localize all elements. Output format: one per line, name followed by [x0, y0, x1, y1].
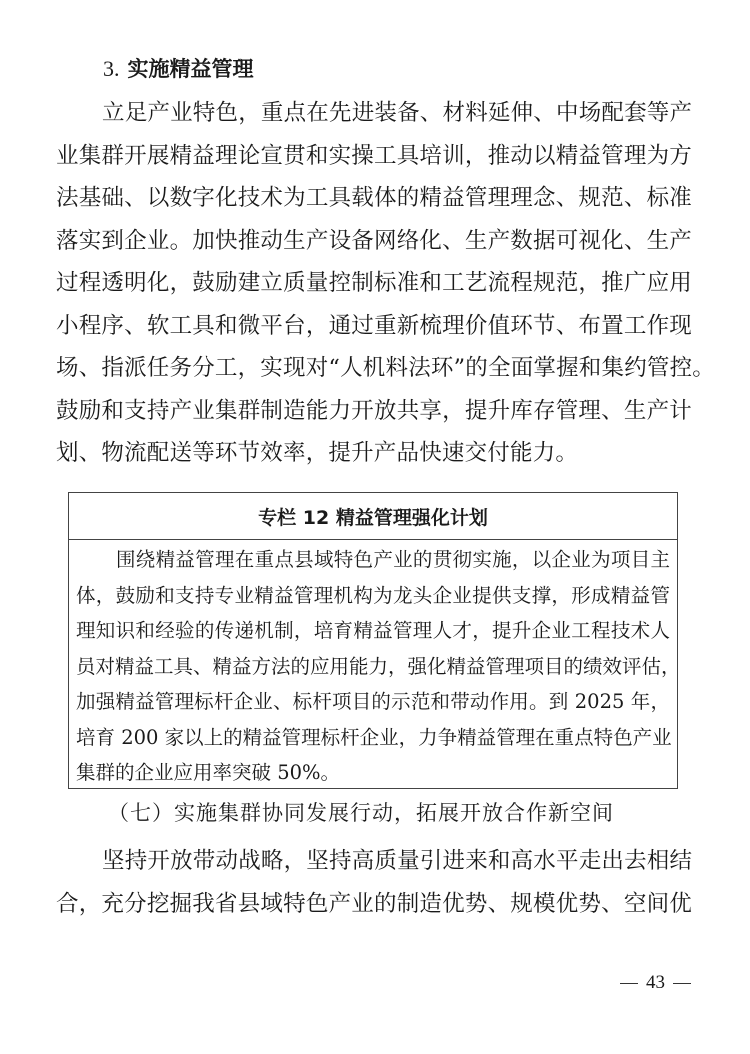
paragraph-line: 立足产业特色，重点在先进装备、材料延伸、中场配套等产 [56, 92, 692, 135]
box-line: 员对精益工具、精益方法的应用能力，强化精益管理项目的绩效评估， [76, 649, 670, 685]
dash-right [673, 983, 691, 984]
paragraph-line: 鼓励和支持产业集群制造能力开放共享，提升库存管理、生产计 [56, 390, 692, 433]
paragraph-line: 过程透明化，鼓励建立质量控制标准和工艺流程规范，推广应用 [56, 262, 692, 305]
dash-left [620, 983, 638, 984]
document-page: 3.实施精益管理 立足产业特色，重点在先进装备、材料延伸、中场配套等产 业集群开… [0, 0, 750, 1054]
section-title: 实施精益管理 [128, 57, 254, 81]
box-line: 加强精益管理标杆企业、标杆项目的示范和带动作用。到 2025 年， [76, 684, 670, 720]
body-paragraph: 立足产业特色，重点在先进装备、材料延伸、中场配套等产 业集群开展精益理论宣贯和实… [56, 92, 692, 475]
paragraph-line: 坚持开放带动战略，坚持高质量引进来和高水平走出去相结 [56, 840, 692, 883]
section-number: 3. [103, 56, 120, 81]
paragraph-line: 法基础、以数字化技术为工具载体的精益管理理念、规范、标准 [56, 177, 692, 220]
column-box: 专栏 12 精益管理强化计划 围绕精益管理在重点县域特色产业的贯彻实施，以企业为… [68, 492, 678, 789]
column-box-body: 围绕精益管理在重点县域特色产业的贯彻实施，以企业为项目主 体，鼓励和支持专业精益… [69, 540, 677, 791]
box-line: 体，鼓励和支持专业精益管理机构为龙头企业提供支撑，形成精益管 [76, 578, 670, 614]
paragraph-line: 小程序、软工具和微平台，通过重新梳理价值环节、布置工作现 [56, 305, 692, 348]
subsection-heading: （七）实施集群协同发展行动，拓展开放合作新空间 [108, 796, 614, 830]
box-line: 围绕精益管理在重点县域特色产业的贯彻实施，以企业为项目主 [76, 542, 670, 578]
page-number: 43 [612, 972, 699, 994]
paragraph-line: 落实到企业。加快推动生产设备网络化、生产数据可视化、生产 [56, 220, 692, 263]
paragraph-line: 合，充分挖掘我省县域特色产业的制造优势、规模优势、空间优 [56, 883, 692, 926]
paragraph-line: 业集群开展精益理论宣贯和实操工具培训，推动以精益管理为方 [56, 135, 692, 178]
page-number-value: 43 [646, 972, 665, 993]
box-line: 集群的企业应用率突破 50%。 [76, 755, 670, 791]
paragraph-line: 场、指派任务分工，实现对“人机料法环”的全面掌握和集约管控。 [56, 347, 692, 390]
body-paragraph-2: 坚持开放带动战略，坚持高质量引进来和高水平走出去相结 合，充分挖掘我省县域特色产… [56, 840, 692, 925]
column-box-title: 专栏 12 精益管理强化计划 [69, 493, 677, 540]
paragraph-line: 划、物流配送等环节效率，提升产品快速交付能力。 [56, 432, 692, 475]
section-heading: 3.实施精益管理 [103, 52, 254, 87]
box-line: 培育 200 家以上的精益管理标杆企业，力争精益管理在重点特色产业 [76, 720, 670, 756]
box-line: 理知识和经验的传递机制，培育精益管理人才，提升企业工程技术人 [76, 613, 670, 649]
